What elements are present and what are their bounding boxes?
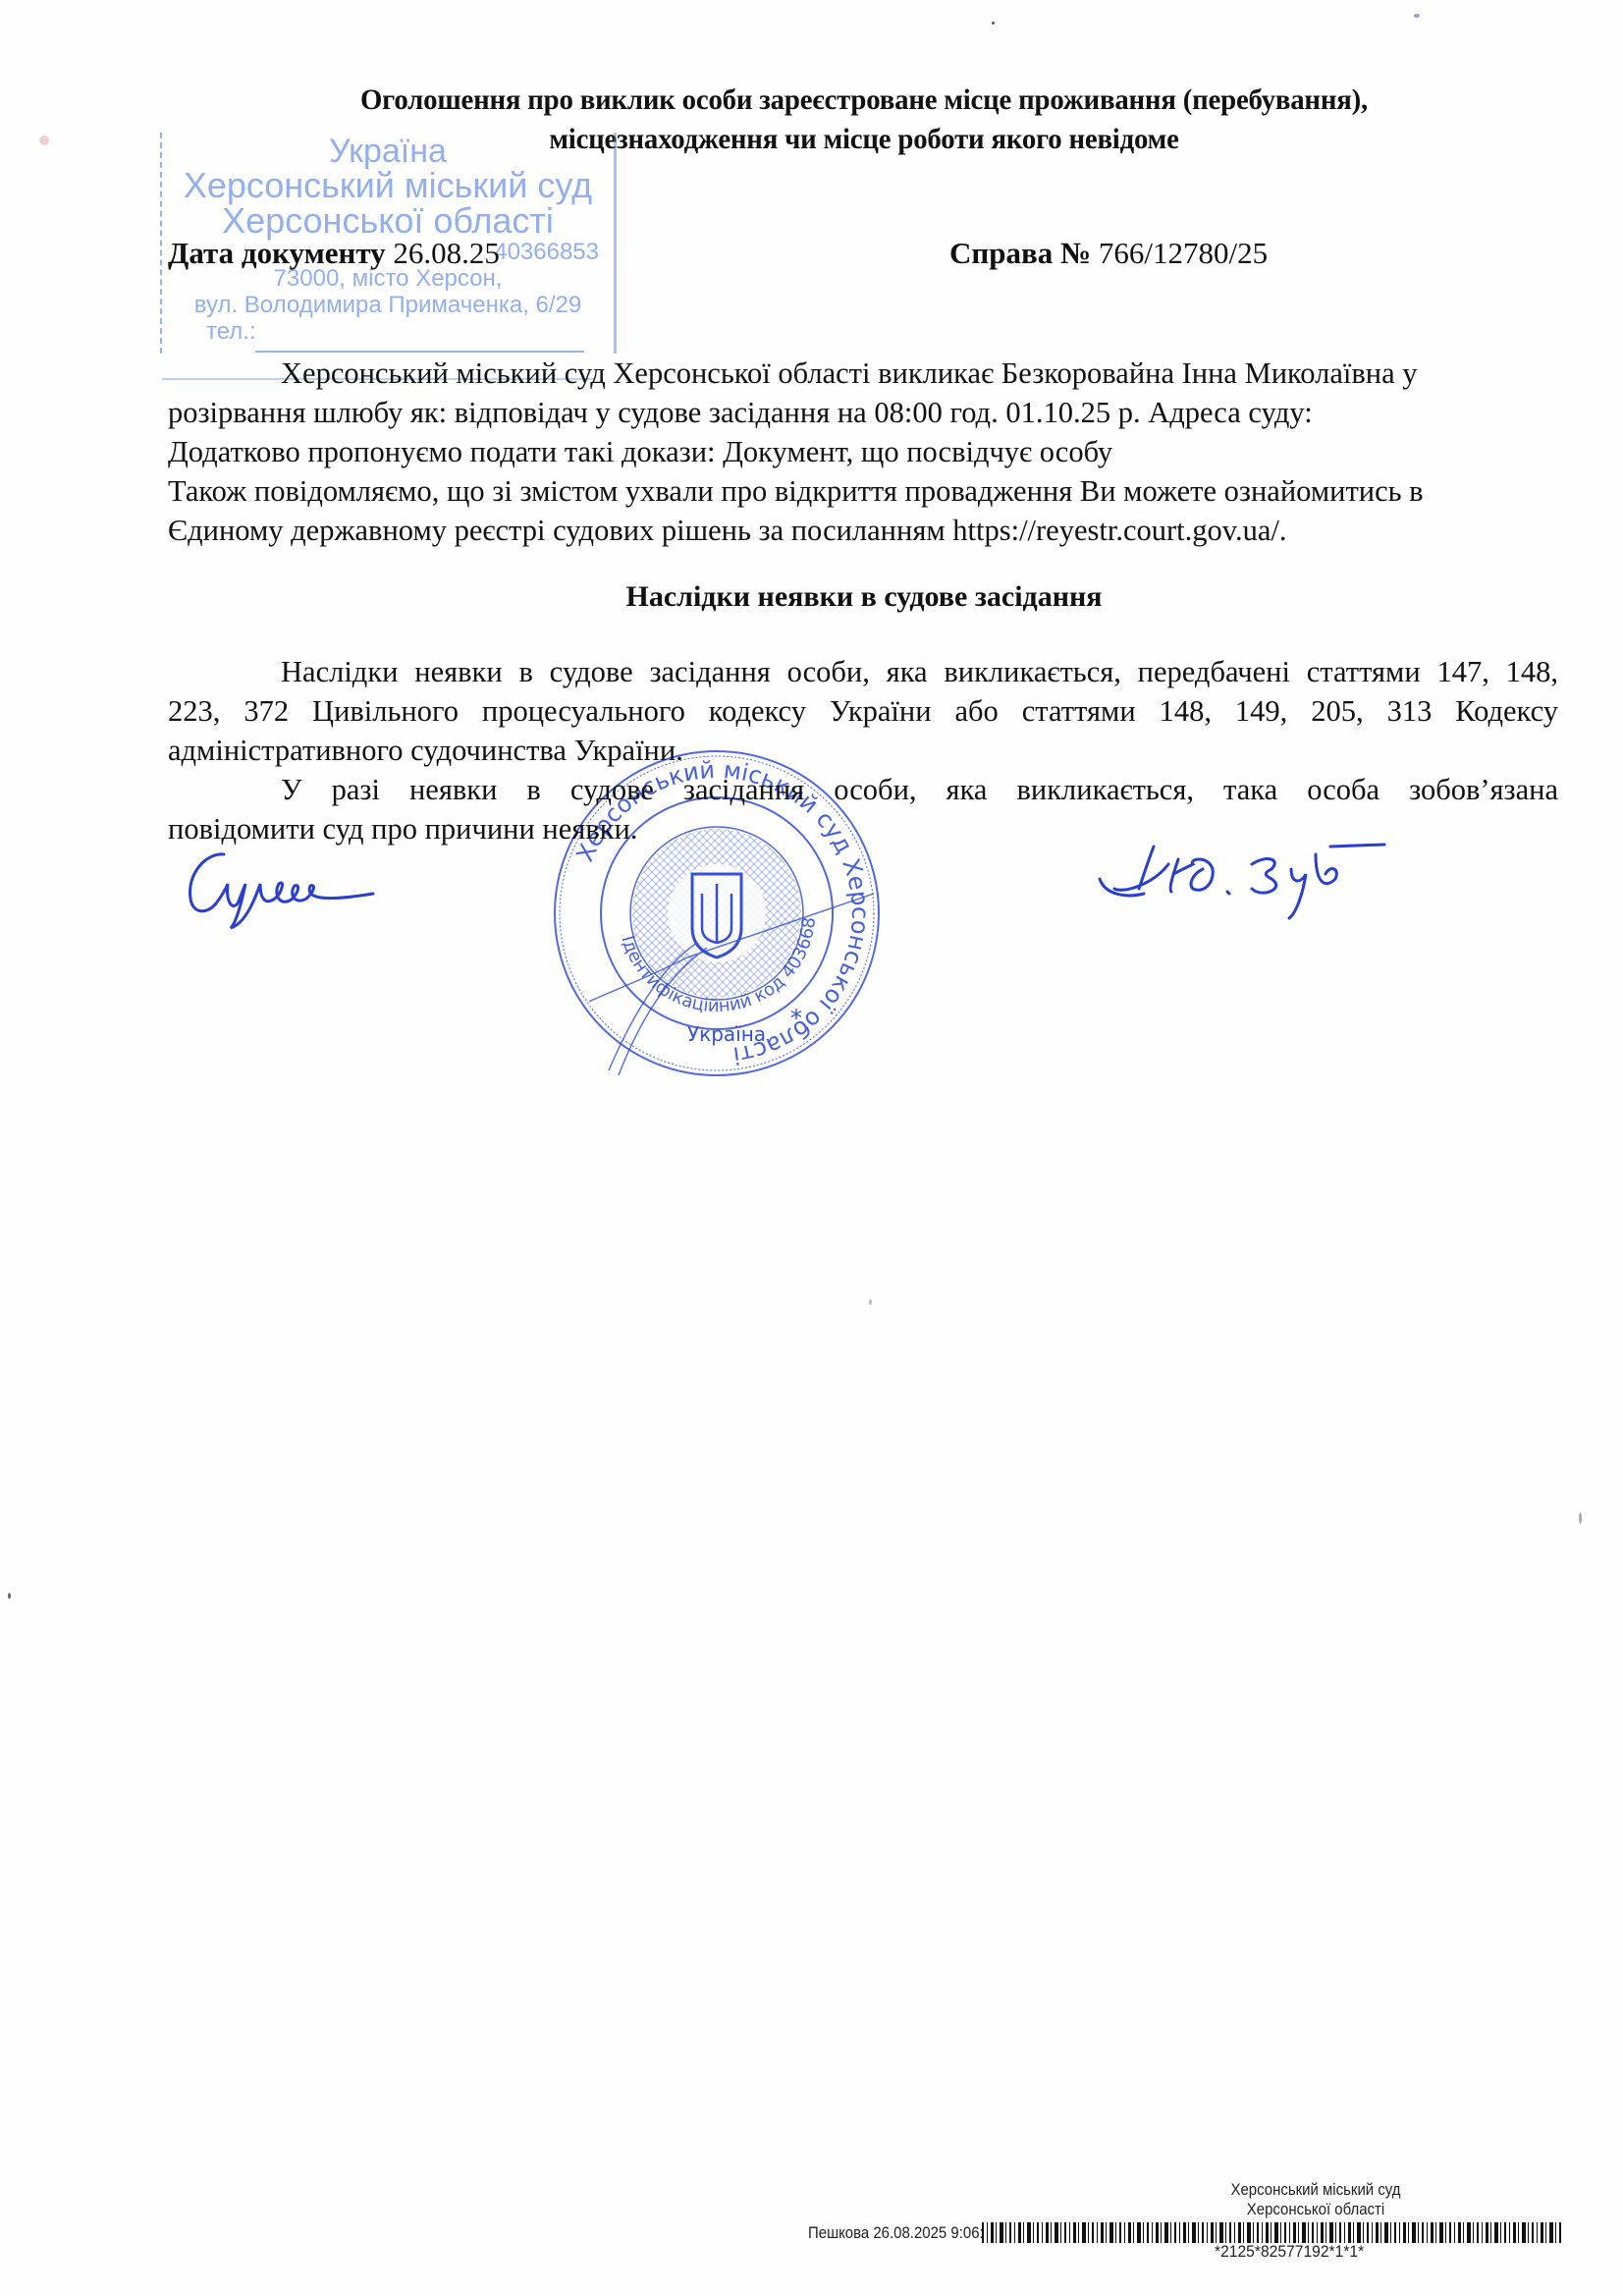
svg-text:*: * (790, 1005, 802, 1032)
summons-line-1: Херсонський міський суд Херсонської обла… (168, 354, 1558, 393)
obligation-line-1: У разі неявки в судове засідання особи, … (168, 770, 1558, 809)
svg-text:Україна: Україна (687, 1022, 766, 1046)
registry-line-2: Єдиному державному реєстрі судових рішен… (168, 511, 1558, 550)
stamp-street: вул. Володимира Примаченка, 6/29 (162, 292, 614, 318)
document-date: Дата документу 26.08.25 (168, 234, 500, 273)
footer-court-line-1: Херсонський міський суд (1177, 2180, 1454, 2200)
consequences-heading: Наслідки неявки в судове засідання (167, 577, 1561, 617)
title-line-1: Оголошення про виклик особи зареєстрован… (194, 81, 1533, 120)
footer-court-name: Херсонський міський суд Херсонської обла… (1177, 2180, 1454, 2219)
summons-paragraph: Херсонський міський суд Херсонської обла… (168, 354, 1558, 550)
signature-left-icon (177, 845, 383, 933)
consequences-line-3: адміністративного судочинства України. (168, 731, 1558, 770)
scan-speck (8, 1593, 11, 1599)
signature-right-icon (1095, 835, 1389, 923)
case-number-label: Справа № (949, 236, 1091, 270)
barcode-icon (982, 2222, 1561, 2243)
scan-speck (1579, 1512, 1582, 1524)
evidence-line: Додатково пропонуємо подати такі докази:… (168, 432, 1558, 471)
stamp-court-name: Херсонський міський суд (162, 168, 614, 203)
document-date-value: 26.08.25 (393, 236, 500, 270)
consequences-paragraph: Наслідки неявки в судове засідання особи… (168, 652, 1558, 848)
scan-speck (869, 1299, 872, 1305)
stamp-underline (255, 351, 584, 353)
scan-speck (1414, 14, 1420, 18)
summons-line-2: розірвання шлюбу як: відповідач у судове… (168, 393, 1558, 432)
footer-court-line-2: Херсонської області (1177, 2200, 1454, 2219)
stamp-country: Україна (162, 135, 614, 168)
consequences-line-2: 223, 372 Цивільного процесуального кодек… (168, 691, 1558, 731)
footer-clerk-timestamp: Пешкова 26.08.2025 9:06:12 (808, 2223, 1000, 2243)
scan-speck (992, 22, 995, 25)
stamp-phone-label: тел.: (162, 318, 614, 345)
case-number-value: 766/12780/25 (1099, 236, 1268, 270)
registry-line-1: Також повідомляємо, що зі змістом ухвали… (168, 471, 1558, 511)
case-number: Справа № 766/12780/25 (949, 234, 1268, 273)
consequences-line-1: Наслідки неявки в судове засідання особи… (168, 652, 1558, 691)
scan-speck (39, 136, 49, 145)
document-date-label: Дата документу (168, 236, 386, 270)
barcode-number: *2125*82577192*1*1* (1215, 2242, 1364, 2262)
document-page: Україна Херсонський міський суд Херсонсь… (0, 0, 1623, 2296)
